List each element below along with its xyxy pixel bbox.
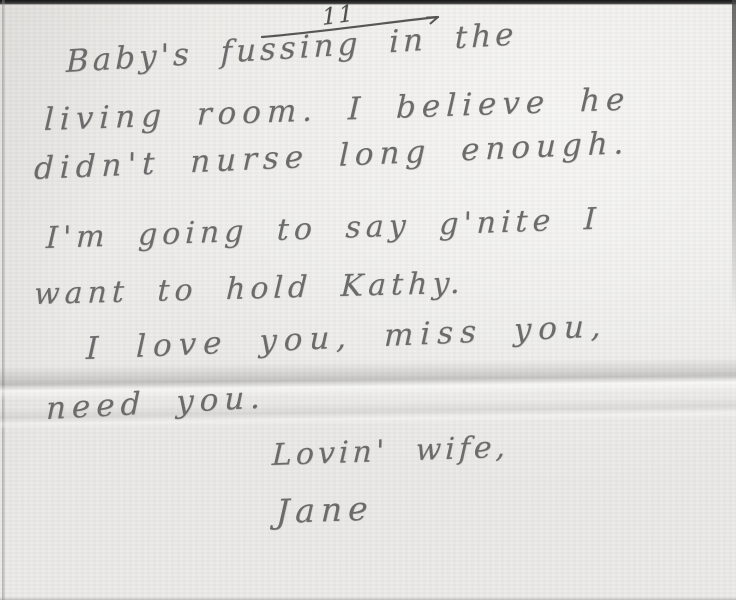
scanner-edge-top (0, 0, 736, 5)
signature-name: Jane (275, 489, 374, 531)
letter-closing: Lovin' wife, (271, 430, 509, 473)
letter-line: want to hold Kathy. (33, 266, 465, 312)
scanned-letter-page: 11 Baby's fussing in the living room. I … (0, 0, 736, 600)
letter-line: I love you, miss you, (86, 308, 609, 367)
paper-edge-left (2, 0, 5, 600)
letter-line: I'm going to say g'nite I (45, 202, 601, 256)
letter-line: need you. (46, 379, 267, 427)
scanner-edge-right (732, 0, 736, 320)
